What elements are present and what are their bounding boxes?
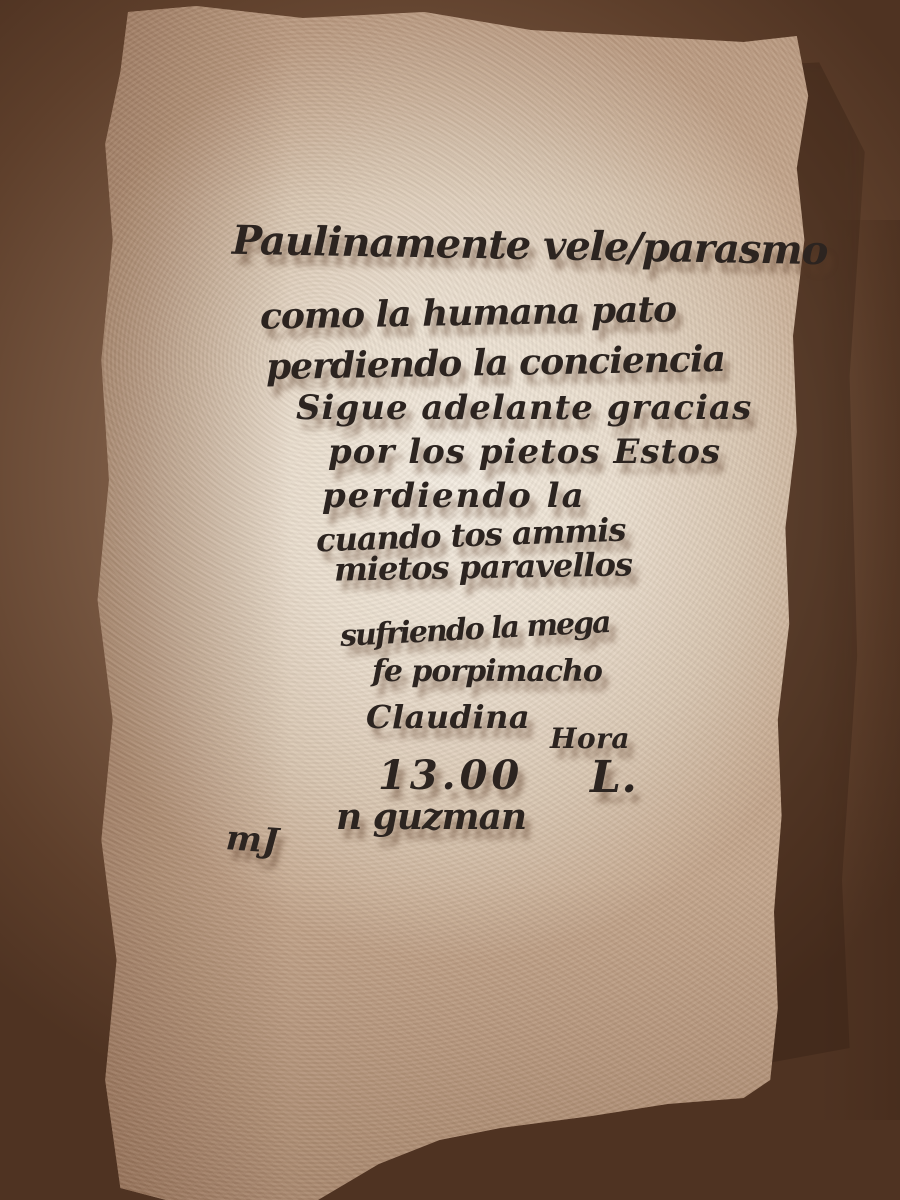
signature-surname: n guzman bbox=[336, 796, 526, 838]
handwritten-text: Paulinamente vele/parasmo como la humana… bbox=[0, 0, 900, 1200]
handwritten-line-1: Paulinamente vele/parasmo bbox=[232, 217, 828, 274]
handwritten-line-6: perdiendo la bbox=[322, 476, 586, 516]
time-label: Hora bbox=[550, 722, 630, 755]
signature-name: Claudina bbox=[366, 698, 530, 736]
handwritten-line-4: Sigue adelante gracias bbox=[296, 388, 752, 428]
time-value: 13.00 bbox=[378, 752, 523, 799]
handwritten-line-2: como la humana pato bbox=[260, 288, 677, 337]
handwritten-line-8: mietos paravellos bbox=[334, 545, 633, 588]
handwritten-line-3: perdiendo la conciencia bbox=[266, 338, 726, 388]
handwritten-line-9: sufriendo la mega bbox=[339, 605, 610, 654]
initials: mJ bbox=[225, 818, 281, 862]
handwritten-line-10: fe porpimacho bbox=[372, 654, 602, 689]
handwritten-line-5: por los pietos Estos bbox=[328, 432, 721, 472]
initial-mark: L. bbox=[590, 752, 637, 803]
